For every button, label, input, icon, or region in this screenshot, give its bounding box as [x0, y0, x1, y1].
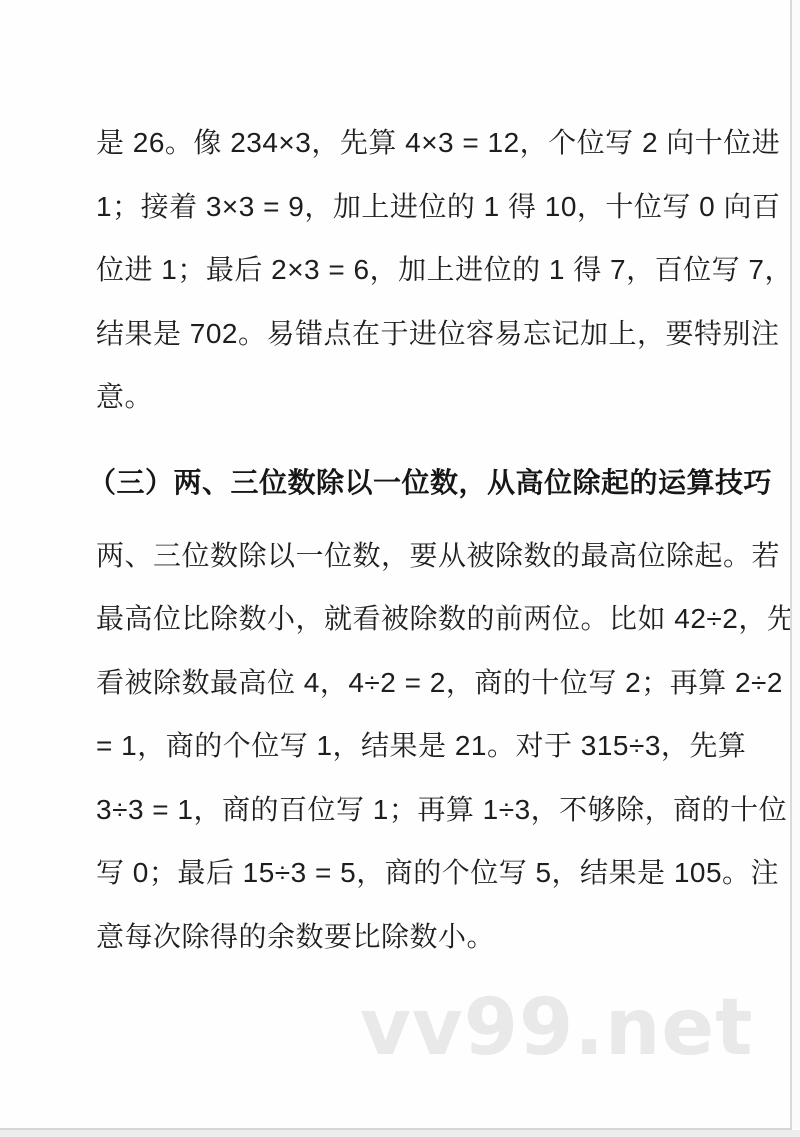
document-text-block: 是 26。像 234×3，先算 4×3 = 12，个位写 2 向十位进 1；接着… [96, 111, 736, 968]
text-line: 是 26。像 234×3，先算 4×3 = 12，个位写 2 向十位进 [96, 111, 736, 175]
text-line: 1；接着 3×3 = 9，加上进位的 1 得 10，十位写 0 向百 [96, 175, 736, 239]
text-line: 意。 [96, 365, 736, 429]
page-gap-strip [0, 1130, 800, 1137]
paragraph-multiplication: 是 26。像 234×3，先算 4×3 = 12，个位写 2 向十位进 1；接着… [96, 111, 736, 429]
text-line: 3÷3 = 1，商的百位写 1；再算 1÷3，不够除，商的十位 [96, 778, 736, 842]
text-line: 最高位比除数小，就看被除数的前两位。比如 42÷2，先 [96, 587, 736, 651]
text-line: 意每次除得的余数要比除数小。 [96, 905, 736, 969]
watermark: vv99.net [360, 983, 754, 1073]
text-line: 写 0；最后 15÷3 = 5，商的个位写 5，结果是 105。注 [96, 841, 736, 905]
paragraph-division: 两、三位数除以一位数，要从被除数的最高位除起。若 最高位比除数小，就看被除数的前… [96, 524, 736, 969]
page-right-gutter [792, 0, 800, 1128]
section-heading-division: （三）两、三位数除以一位数，从高位除起的运算技巧 [88, 451, 736, 515]
text-line: 位进 1；最后 2×3 = 6，加上进位的 1 得 7，百位写 7， [96, 238, 736, 302]
text-line: 两、三位数除以一位数，要从被除数的最高位除起。若 [96, 524, 736, 588]
text-line: = 1，商的个位写 1，结果是 21。对于 315÷3，先算 [96, 714, 736, 778]
document-page: 是 26。像 234×3，先算 4×3 = 12，个位写 2 向十位进 1；接着… [0, 0, 790, 1128]
text-line: 看被除数最高位 4，4÷2 = 2，商的十位写 2；再算 2÷2 [96, 651, 736, 715]
text-line: 结果是 702。易错点在于进位容易忘记加上，要特别注 [96, 302, 736, 366]
